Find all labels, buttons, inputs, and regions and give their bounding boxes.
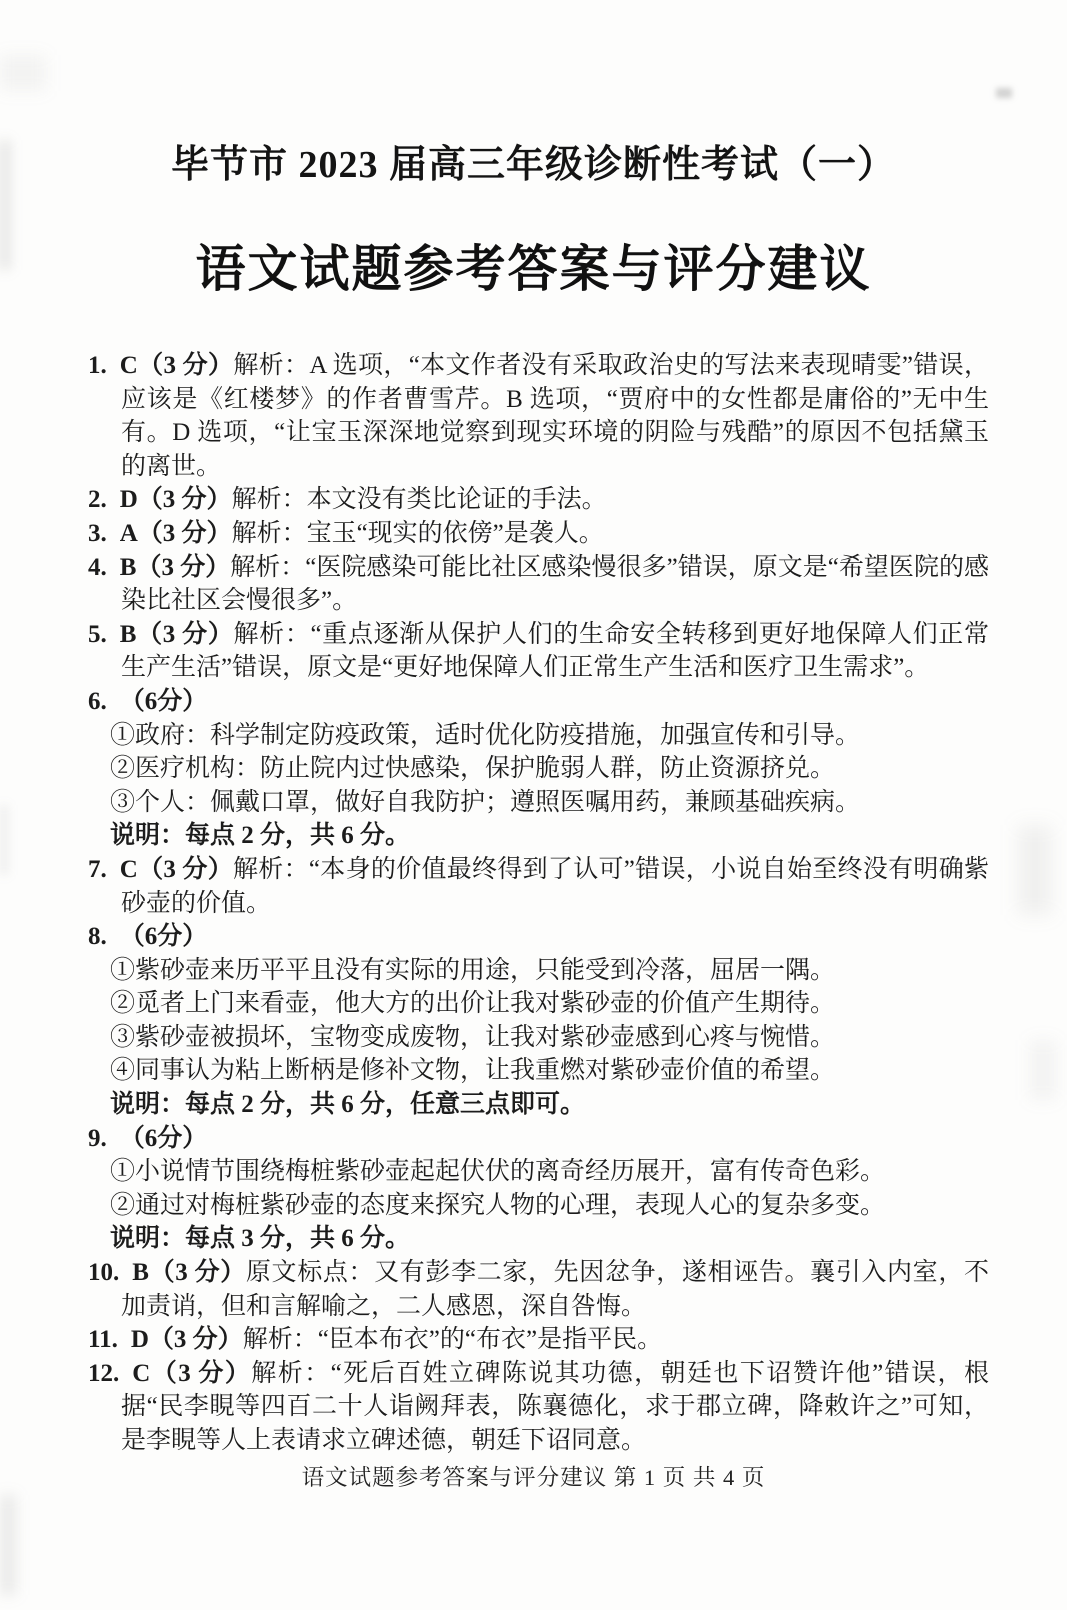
scan-smudge xyxy=(996,88,1012,98)
answer-point: ④同事认为粘上断柄是修补文物，让我重燃对紫砂壶价值的希望。 xyxy=(110,1054,989,1088)
answer-key-title: 语文试题参考答案与评分建议 xyxy=(0,229,1067,301)
answer-value: D（3 分） xyxy=(120,486,232,513)
answer-value: B（3 分） xyxy=(132,1259,246,1286)
answer-point: ②觅者上门来看壶，他大方的出价让我对紫砂壶的价值产生期待。 xyxy=(110,987,989,1021)
answer-head: 9.（6分） xyxy=(88,1122,989,1156)
answer-head: 3.A（3 分）解析：宝玉“现实的依傍”是袭人。 xyxy=(88,517,989,551)
answer-head: 7.C（3 分）解析：“本身的价值最终得到了认可”错误，小说自始至终没有明确紫砂… xyxy=(88,853,989,920)
answer-value: A（3 分） xyxy=(120,520,232,547)
explain-label: 解析： xyxy=(233,352,309,379)
scoring-note: 说明：每点 3 分，共 6 分。 xyxy=(110,1222,989,1256)
answer-value: D（3 分） xyxy=(131,1326,243,1353)
answer-item: 9.（6分）①小说情节围绕梅桩紫砂壶起起伏伏的离奇经历展开，富有传奇色彩。②通过… xyxy=(88,1122,989,1256)
page-footer: 语文试题参考答案与评分建议 第 1 页 共 4 页 xyxy=(0,1460,1067,1492)
answer-point: ②通过对梅桩紫砂壶的态度来探究人物的心理，表现人心的复杂多变。 xyxy=(110,1189,989,1223)
answer-point: ①紫砂壶来历平平且没有实际的用途，只能受到冷落，屈居一隅。 xyxy=(110,954,989,988)
answer-point: ③紫砂壶被损坏，宝物变成废物，让我对紫砂壶感到心疼与惋惜。 xyxy=(110,1021,989,1055)
answer-item: 4.B（3 分）解析：“医院感染可能比社区感染慢很多”错误，原文是“希望医院的感… xyxy=(88,551,989,618)
scan-smudge xyxy=(0,805,8,875)
exam-title: 毕节市 2023 届高三年级诊断性考试（一） xyxy=(0,133,1067,188)
answer-head: 12.C（3 分）解析：“死后百姓立碑陈说其功德，朝廷也下诏赞许他”错误，根据“… xyxy=(88,1357,989,1458)
answer-head: 1.C（3 分）解析：A 选项，“本文作者没有采取政治史的写法来表现晴雯”错误，… xyxy=(88,349,989,483)
answer-point: ①小说情节围绕梅桩紫砂壶起起伏伏的离奇经历展开，富有传奇色彩。 xyxy=(110,1155,989,1189)
scan-smudge xyxy=(1030,1040,1056,1100)
explain-label: 解析： xyxy=(251,1360,330,1387)
question-number: 7. xyxy=(88,856,107,883)
answer-item: 6.（6分）①政府：科学制定防疫政策，适时优化防疫措施，加强宣传和引导。②医疗机… xyxy=(88,685,989,853)
answer-head: 8.（6分） xyxy=(88,920,989,954)
answer-head: 10.B（3 分）原文标点：又有彭李二家，先因忿争，遂相诬告。襄引入内室，不加责… xyxy=(88,1256,989,1323)
answer-item: 3.A（3 分）解析：宝玉“现实的依傍”是袭人。 xyxy=(88,517,989,551)
answer-value: B（3 分） xyxy=(120,554,231,581)
explain-label: 原文标点： xyxy=(246,1259,374,1286)
explanation-text: 本文没有类比论证的手法。 xyxy=(307,486,607,513)
explain-label: 解析： xyxy=(230,554,305,581)
question-number: 10. xyxy=(88,1259,119,1286)
answer-point: ②医疗机构：防止院内过快感染，保护脆弱人群，防止资源挤兑。 xyxy=(110,752,989,786)
question-number: 11. xyxy=(88,1326,118,1353)
answer-value: C（3 分） xyxy=(132,1360,251,1387)
explain-label: 解析： xyxy=(232,486,307,513)
question-number: 5. xyxy=(88,621,107,648)
scan-smudge xyxy=(1018,825,1052,915)
answer-item: 1.C（3 分）解析：A 选项，“本文作者没有采取政治史的写法来表现晴雯”错误，… xyxy=(88,349,989,483)
answer-item: 12.C（3 分）解析：“死后百姓立碑陈说其功德，朝廷也下诏赞许他”错误，根据“… xyxy=(88,1357,989,1458)
explain-label: 解析： xyxy=(232,520,307,547)
answer-list: 1.C（3 分）解析：A 选项，“本文作者没有采取政治史的写法来表现晴雯”错误，… xyxy=(88,349,989,1458)
answer-head: 4.B（3 分）解析：“医院感染可能比社区感染慢很多”错误，原文是“希望医院的感… xyxy=(88,551,989,618)
answer-value: （6分） xyxy=(120,688,208,715)
explanation-text: “臣本布衣”的“布衣”是指平民。 xyxy=(318,1326,662,1353)
answer-item: 7.C（3 分）解析：“本身的价值最终得到了认可”错误，小说自始至终没有明确紫砂… xyxy=(88,853,989,920)
question-number: 3. xyxy=(88,520,107,547)
answer-item: 8.（6分）①紫砂壶来历平平且没有实际的用途，只能受到冷落，屈居一隅。②觅者上门… xyxy=(88,920,989,1122)
answer-value: （6分） xyxy=(120,1125,208,1152)
scan-smudge xyxy=(0,1495,16,1595)
answer-head: 6.（6分） xyxy=(88,685,989,719)
scoring-note: 说明：每点 2 分，共 6 分，任意三点即可。 xyxy=(110,1088,989,1122)
question-number: 9. xyxy=(88,1125,107,1152)
answer-head: 11.D（3 分）解析：“臣本布衣”的“布衣”是指平民。 xyxy=(88,1323,989,1357)
question-number: 1. xyxy=(88,352,107,379)
answer-point: ①政府：科学制定防疫政策，适时优化防疫措施，加强宣传和引导。 xyxy=(110,719,989,753)
answer-item: 10.B（3 分）原文标点：又有彭李二家，先因忿争，遂相诬告。襄引入内室，不加责… xyxy=(88,1256,989,1323)
answer-item: 2.D（3 分）解析：本文没有类比论证的手法。 xyxy=(88,483,989,517)
answer-item: 5.B（3 分）解析：“重点逐渐从保护人们的生命安全转移到更好地保障人们正常生产… xyxy=(88,618,989,685)
answer-value: C（3 分） xyxy=(120,352,234,379)
explain-label: 解析： xyxy=(233,856,309,883)
answer-value: C（3 分） xyxy=(120,856,233,883)
question-number: 12. xyxy=(88,1360,119,1387)
scan-smudge xyxy=(0,55,46,91)
answer-head: 5.B（3 分）解析：“重点逐渐从保护人们的生命安全转移到更好地保障人们正常生产… xyxy=(88,618,989,685)
answer-point: ③个人：佩戴口罩，做好自我防护；遵照医嘱用药，兼顾基础疾病。 xyxy=(110,786,989,820)
answer-value: B（3 分） xyxy=(120,621,234,648)
question-number: 8. xyxy=(88,923,107,950)
answer-head: 2.D（3 分）解析：本文没有类比论证的手法。 xyxy=(88,483,989,517)
answer-value: （6分） xyxy=(120,923,208,950)
explain-label: 解析： xyxy=(234,621,311,648)
answer-item: 11.D（3 分）解析：“臣本布衣”的“布衣”是指平民。 xyxy=(88,1323,989,1357)
document-page: 毕节市 2023 届高三年级诊断性考试（一） 语文试题参考答案与评分建议 1.C… xyxy=(0,0,1067,1610)
question-number: 6. xyxy=(88,688,107,715)
scoring-note: 说明：每点 2 分，共 6 分。 xyxy=(110,819,989,853)
explanation-text: 宝玉“现实的依傍”是袭人。 xyxy=(307,520,604,547)
question-number: 4. xyxy=(88,554,107,581)
question-number: 2. xyxy=(88,486,107,513)
explain-label: 解析： xyxy=(243,1326,318,1353)
